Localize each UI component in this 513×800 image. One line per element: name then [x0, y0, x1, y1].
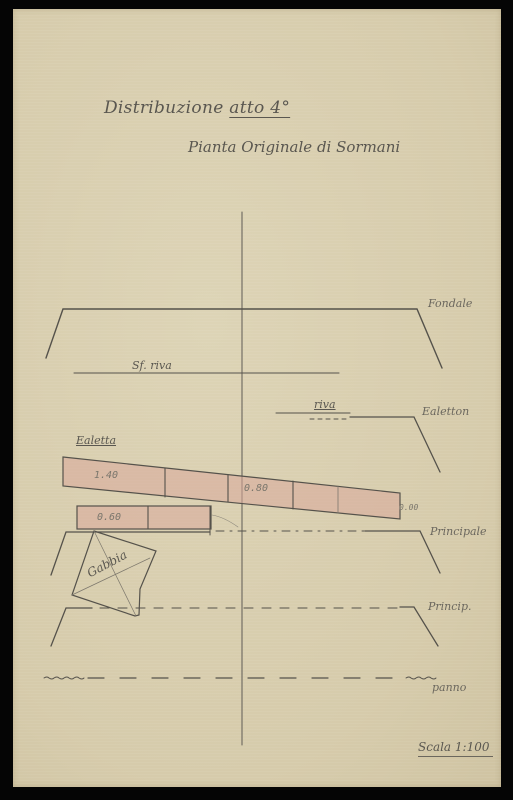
panno-wave-left	[44, 677, 84, 679]
ealetton-line	[350, 417, 440, 472]
fondale-line	[46, 309, 442, 368]
stage-plan-drawing	[0, 0, 513, 800]
label-ealetta: Ealetta	[76, 435, 116, 446]
label-sfondo-riva: Sf. riva	[132, 360, 172, 371]
label-scale: Scala 1:100	[418, 741, 493, 757]
drawing-subtitle: Pianta Originale di Sormani	[188, 140, 400, 155]
label-riva: riva	[314, 399, 336, 410]
principale-line	[51, 532, 210, 575]
title-act: atto 4°	[229, 98, 290, 118]
title-prefix: Distribuzione	[104, 98, 224, 118]
dimension-lower: 0.60	[97, 512, 121, 523]
label-princip: Princip.	[428, 601, 471, 612]
drawing-title: Distribuzione atto 4°	[104, 100, 290, 117]
label-panno: panno	[432, 682, 466, 693]
dimension-upper-right: 0.80	[244, 483, 268, 494]
dimension-upper-left: 1.40	[94, 470, 118, 481]
princip-line	[51, 608, 92, 646]
label-principale: Principale	[430, 526, 487, 537]
label-ealetton: Ealetton	[422, 406, 469, 417]
dimension-upper-end: 0.00	[399, 503, 418, 512]
gabbia-shape	[72, 531, 156, 616]
panno-wave-right	[406, 677, 436, 679]
label-fondale: Fondale	[428, 298, 472, 309]
